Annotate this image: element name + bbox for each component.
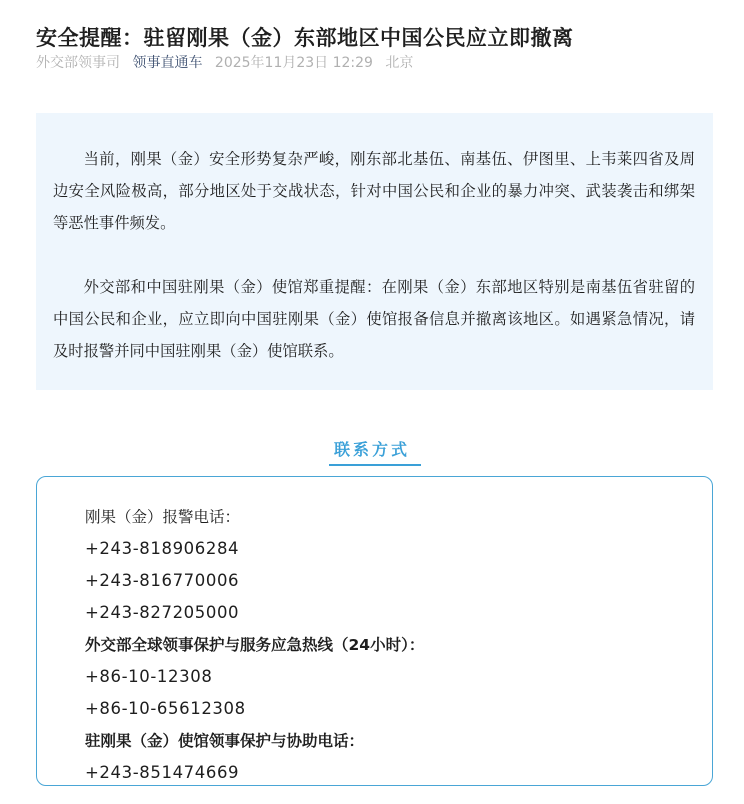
notice-paragraph: 外交部和中国驻刚果（金）使馆郑重提醒：在刚果（金）东部地区特别是南基伍省驻留的中… [53,271,695,367]
source-label: 外交部领事司 [36,55,120,71]
contact-heading: 联系方式 [0,437,744,460]
phone-number[interactable]: +243-818906284 [85,533,712,565]
phone-number[interactable]: +86-10-12308 [85,661,712,693]
notice-paragraph: 当前，刚果（金）安全形势复杂严峻，刚东部北基伍、南基伍、伊图里、上韦莱四省及周边… [53,143,695,239]
contact-box: 刚果（金）报警电话： +243-818906284 +243-816770006… [36,476,713,786]
phone-number[interactable]: +243-851474669 [85,757,712,789]
contact-group-label: 刚果（金）报警电话： [85,501,712,533]
phone-number[interactable]: +243-827205000 [85,597,712,629]
publish-location: 北京 [385,55,413,71]
phone-number[interactable]: +243-816770006 [85,565,712,597]
contact-group-label: 外交部全球领事保护与服务应急热线（24小时）： [85,629,712,661]
contact-group-label: 驻刚果（金）使馆领事保护与协助电话： [85,725,712,757]
article-meta: 外交部领事司 领事直通车 2025年11月23日 12:29 北京 [36,52,421,72]
publish-datetime: 2025年11月23日 12:29 [215,55,373,71]
notice-box: 当前，刚果（金）安全形势复杂严峻，刚东部北基伍、南基伍、伊图里、上韦莱四省及周边… [36,113,713,390]
channel-link[interactable]: 领事直通车 [132,55,202,71]
article-title: 安全提醒：驻留刚果（金）东部地区中国公民应立即撤离 [36,22,574,52]
phone-number[interactable]: +86-10-65612308 [85,693,712,725]
heading-underline-divider [329,464,421,466]
